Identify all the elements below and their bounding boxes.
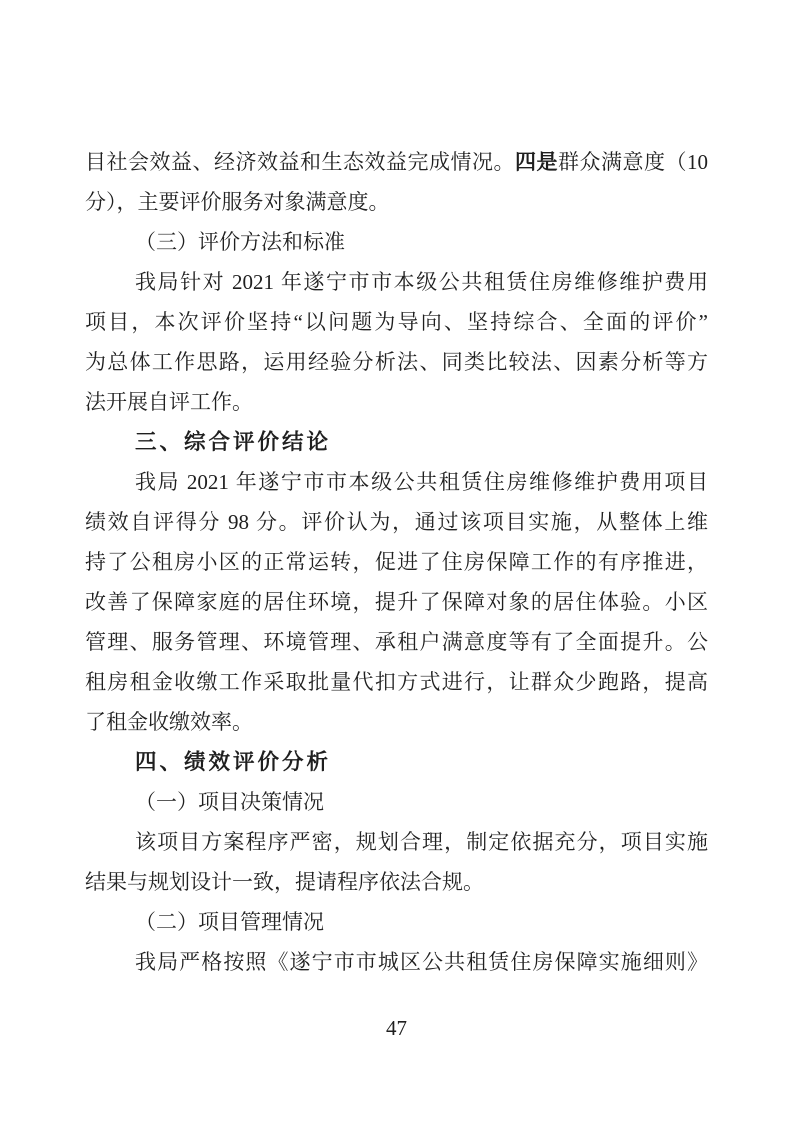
text-segment: 为总体工作思路，运用经验分析法、同类比较法、因素分析等方 — [85, 350, 708, 374]
text-segment: 管理、服务管理、环境管理、承租户满意度等有了全面提升。公 — [85, 630, 708, 654]
text-segment: （三）评价方法和标准 — [135, 230, 345, 254]
text-line: 法开展自评工作。 — [85, 382, 708, 422]
text-line: 我局严格按照《遂宁市市城区公共租赁住房保障实施细则》 — [85, 942, 708, 982]
text-line: 管理、服务管理、环境管理、承租户满意度等有了全面提升。公 — [85, 622, 708, 662]
text-segment: （二）项目管理情况 — [135, 910, 324, 934]
text-segment: 项目，本次评价坚持“以问题为导向、坚持综合、全面的评价” — [85, 310, 708, 334]
text-line: （三）评价方法和标准 — [85, 222, 708, 262]
text-line: 项目，本次评价坚持“以问题为导向、坚持综合、全面的评价” — [85, 302, 708, 342]
text-segment: 持了公租房小区的正常运转，促进了住房保障工作的有序推进， — [85, 550, 708, 574]
text-line: （二）项目管理情况 — [85, 902, 708, 942]
text-line: 结果与规划设计一致，提请程序依法合规。 — [85, 862, 708, 902]
text-segment: 三、综合评价结论 — [135, 430, 331, 454]
text-line: 绩效自评得分 98 分。评价认为，通过该项目实施，从整体上维 — [85, 502, 708, 542]
text-segment: 我局针对 2021 年遂宁市市本级公共租赁住房维修维护费用 — [135, 270, 708, 294]
text-segment: （一）项目决策情况 — [135, 790, 324, 814]
text-segment: 了租金收缴效率。 — [85, 710, 253, 734]
text-segment: 租房租金收缴工作采取批量代扣方式进行，让群众少跑路，提高 — [85, 670, 708, 694]
section-heading: 四、绩效评价分析 — [85, 742, 708, 782]
text-segment: 四是 — [515, 150, 558, 174]
text-line: （一）项目决策情况 — [85, 782, 708, 822]
text-segment: 法开展自评工作。 — [85, 390, 253, 414]
text-line: 了租金收缴效率。 — [85, 702, 708, 742]
page-number: 47 — [0, 1013, 793, 1043]
text-segment: 绩效自评得分 98 分。评价认为，通过该项目实施，从整体上维 — [85, 510, 708, 534]
text-line: 我局针对 2021 年遂宁市市本级公共租赁住房维修维护费用 — [85, 262, 708, 302]
text-segment: 该项目方案程序严密，规划合理，制定依据充分，项目实施 — [135, 830, 708, 854]
text-segment: 目社会效益、经济效益和生态效益完成情况。 — [85, 150, 515, 174]
document-body: 目社会效益、经济效益和生态效益完成情况。四是群众满意度（10分），主要评价服务对… — [85, 142, 708, 982]
document-page: 目社会效益、经济效益和生态效益完成情况。四是群众满意度（10分），主要评价服务对… — [0, 0, 793, 1122]
text-segment: 群众满意度（10 — [558, 150, 708, 174]
text-segment: 结果与规划设计一致，提请程序依法合规。 — [85, 870, 484, 894]
text-segment: 分），主要评价服务对象满意度。 — [85, 190, 390, 214]
text-line: 持了公租房小区的正常运转，促进了住房保障工作的有序推进， — [85, 542, 708, 582]
text-line: 该项目方案程序严密，规划合理，制定依据充分，项目实施 — [85, 822, 708, 862]
text-segment: 四、绩效评价分析 — [135, 750, 331, 774]
text-line: 分），主要评价服务对象满意度。 — [85, 182, 708, 222]
text-segment: 我局 2021 年遂宁市市本级公共租赁住房维修维护费用项目 — [135, 470, 708, 494]
text-segment: 改善了保障家庭的居住环境，提升了保障对象的居住体验。小区 — [85, 590, 708, 614]
text-line: 改善了保障家庭的居住环境，提升了保障对象的居住体验。小区 — [85, 582, 708, 622]
text-line: 我局 2021 年遂宁市市本级公共租赁住房维修维护费用项目 — [85, 462, 708, 502]
section-heading: 三、综合评价结论 — [85, 422, 708, 462]
text-line: 为总体工作思路，运用经验分析法、同类比较法、因素分析等方 — [85, 342, 708, 382]
text-line: 租房租金收缴工作采取批量代扣方式进行，让群众少跑路，提高 — [85, 662, 708, 702]
text-line: 目社会效益、经济效益和生态效益完成情况。四是群众满意度（10 — [85, 142, 708, 182]
text-segment: 我局严格按照《遂宁市市城区公共租赁住房保障实施细则》 — [135, 950, 708, 974]
